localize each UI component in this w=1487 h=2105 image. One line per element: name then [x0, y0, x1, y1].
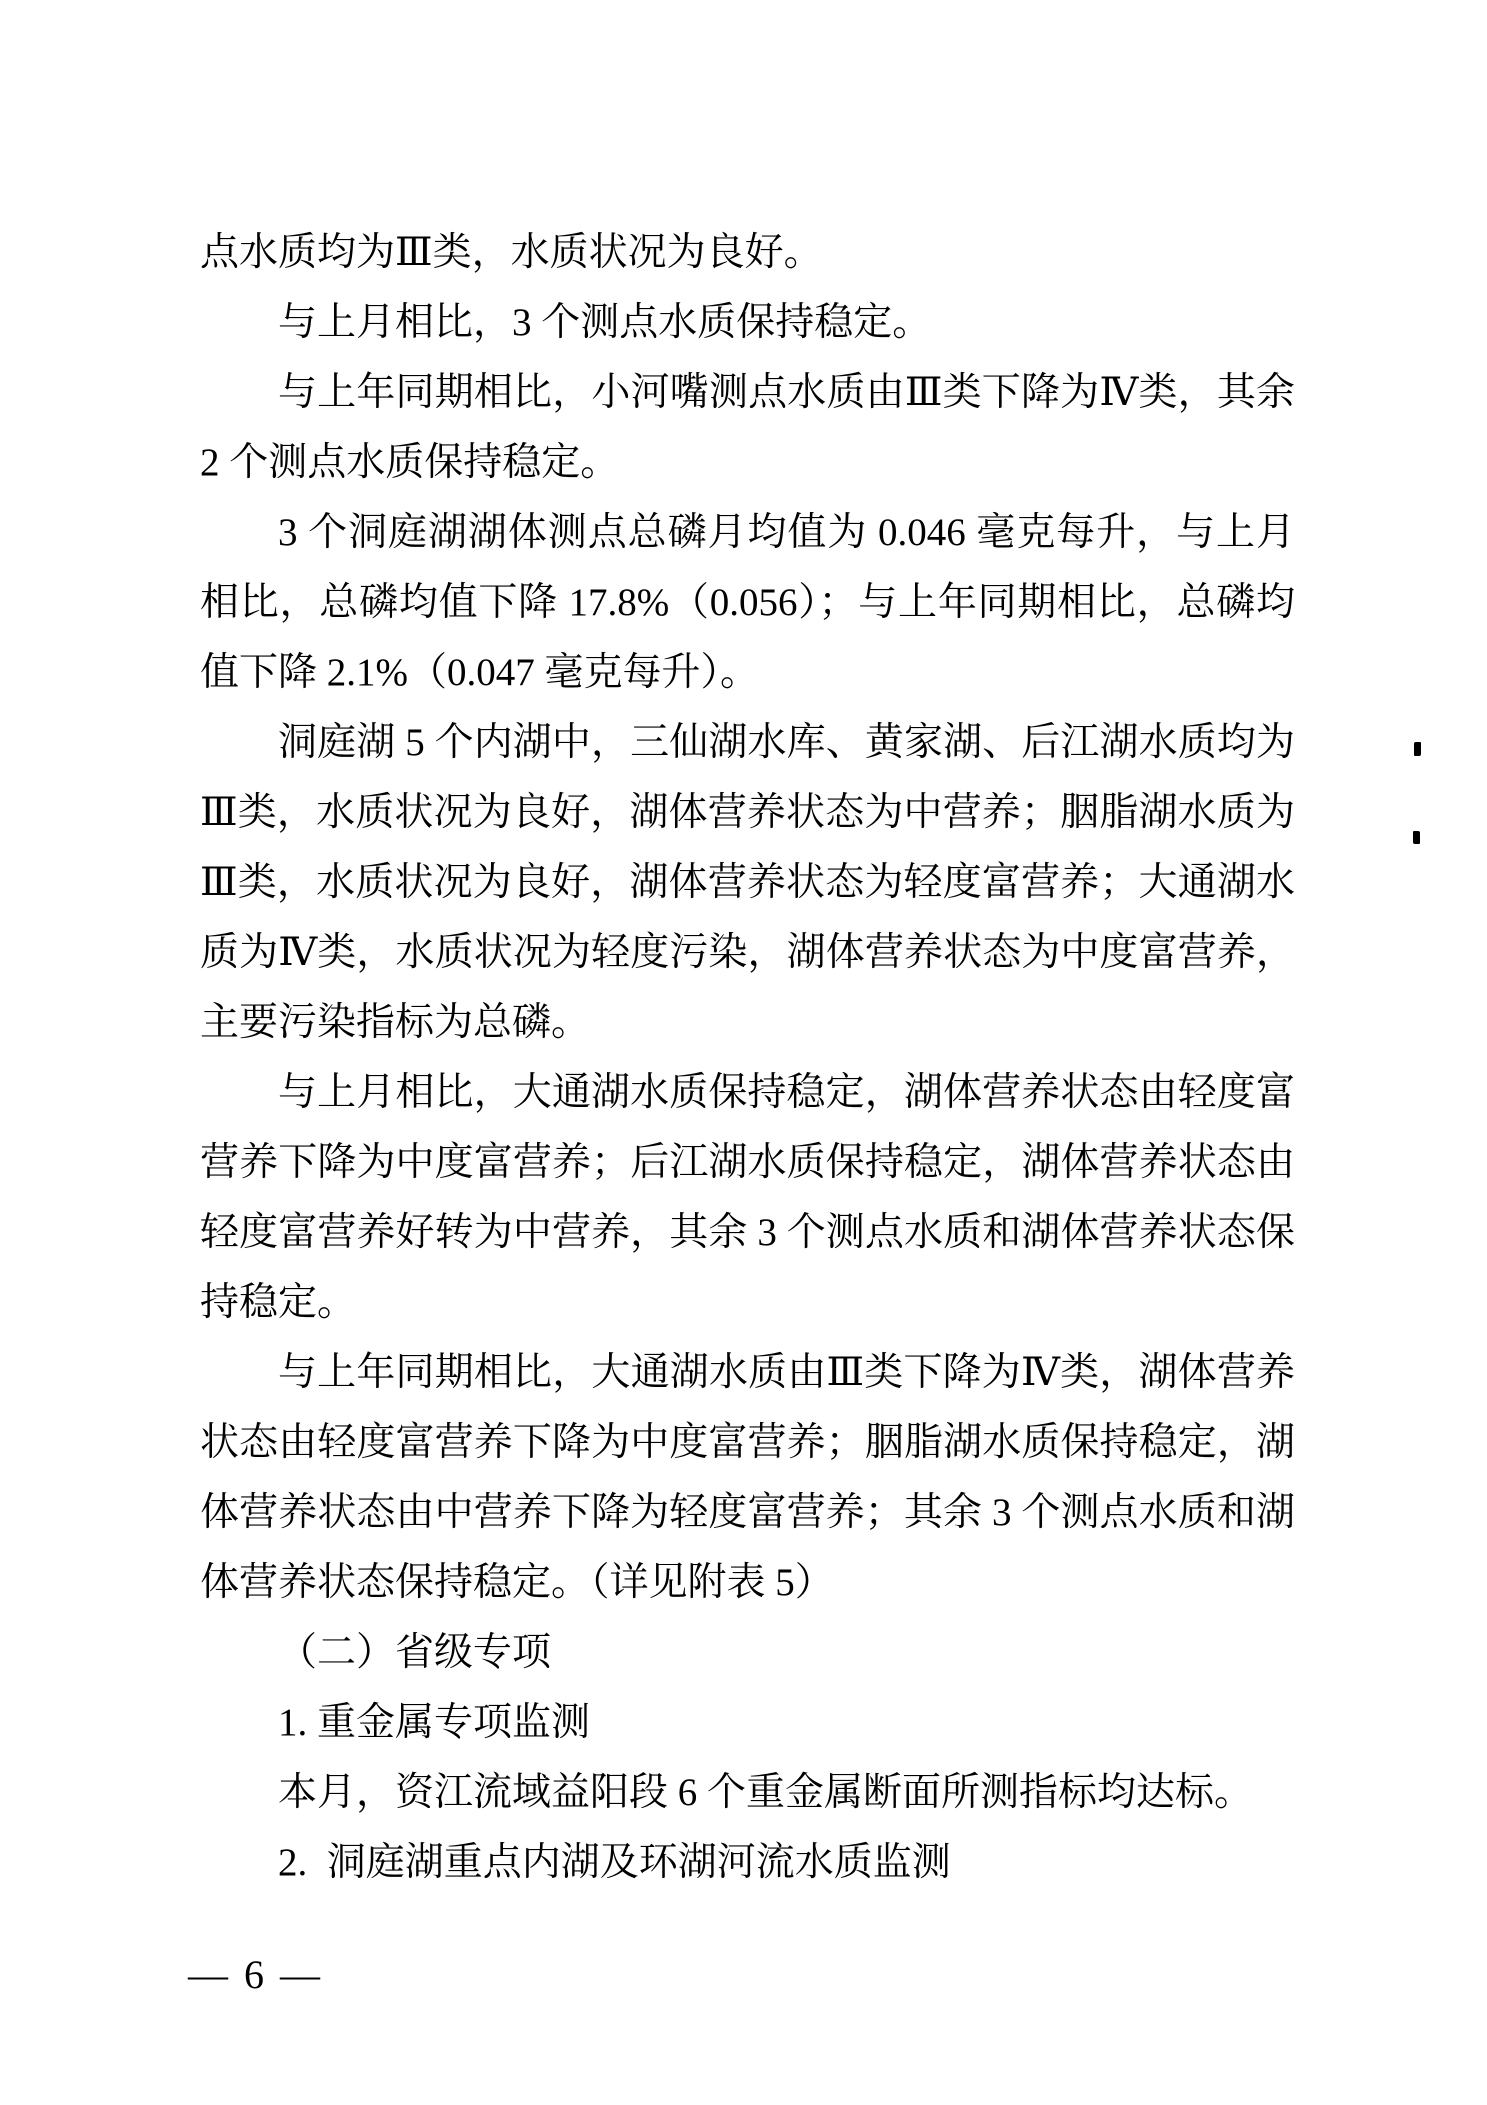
text-line: 洞庭湖 5 个内湖中，三仙湖水库、黄家湖、后江湖水质均为 — [200, 708, 1295, 778]
subsection-heading-line: 2. 洞庭湖重点内湖及环湖河流水质监测 — [200, 1828, 1295, 1898]
text-line: 2 个测点水质保持稳定。 — [200, 428, 1295, 498]
text-line: 3 个洞庭湖湖体测点总磷月均值为 0.046 毫克每升，与上月 — [200, 498, 1295, 568]
text-line: Ⅲ类，水质状况为良好，湖体营养状态为中营养；胭脂湖水质为 — [200, 778, 1295, 848]
scan-speck — [1413, 831, 1420, 844]
text-line: 主要污染指标为总磷。 — [200, 988, 1295, 1058]
document-page: 点水质均为Ⅲ类，水质状况为良好。 与上月相比，3 个测点水质保持稳定。 与上年同… — [0, 0, 1487, 2105]
text-line: Ⅲ类，水质状况为良好，湖体营养状态为轻度富营养；大通湖水 — [200, 848, 1295, 918]
text-line: 与上月相比，大通湖水质保持稳定，湖体营养状态由轻度富 — [200, 1058, 1295, 1128]
text-line: 值下降 2.1%（0.047 毫克每升）。 — [200, 638, 1295, 708]
text-line: 点水质均为Ⅲ类，水质状况为良好。 — [200, 218, 1295, 288]
text-line: 体营养状态由中营养下降为轻度富营养；其余 3 个测点水质和湖 — [200, 1478, 1295, 1548]
scan-speck — [1414, 742, 1421, 756]
text-line: 与上年同期相比，大通湖水质由Ⅲ类下降为Ⅳ类，湖体营养 — [200, 1338, 1295, 1408]
text-line: 轻度富营养好转为中营养，其余 3 个测点水质和湖体营养状态保 — [200, 1198, 1295, 1268]
section-heading-line: （二）省级专项 — [200, 1618, 1295, 1688]
text-line: 与上年同期相比，小河嘴测点水质由Ⅲ类下降为Ⅳ类，其余 — [200, 358, 1295, 428]
text-line: 体营养状态保持稳定。（详见附表 5） — [200, 1548, 1295, 1618]
text-line: 状态由轻度富营养下降为中度富营养；胭脂湖水质保持稳定，湖 — [200, 1408, 1295, 1478]
text-line: 本月，资江流域益阳段 6 个重金属断面所测指标均达标。 — [200, 1758, 1295, 1828]
page-number: — 6 — — [188, 1940, 320, 2010]
text-line: 与上月相比，3 个测点水质保持稳定。 — [200, 288, 1295, 358]
subsection-heading-line: 1. 重金属专项监测 — [200, 1688, 1295, 1758]
text-line: 相比，总磷均值下降 17.8%（0.056）；与上年同期相比，总磷均 — [200, 568, 1295, 638]
body-text-block: 点水质均为Ⅲ类，水质状况为良好。 与上月相比，3 个测点水质保持稳定。 与上年同… — [200, 218, 1295, 1898]
text-line: 持稳定。 — [200, 1268, 1295, 1338]
text-line: 质为Ⅳ类，水质状况为轻度污染，湖体营养状态为中度富营养， — [200, 918, 1295, 988]
text-line: 营养下降为中度富营养；后江湖水质保持稳定，湖体营养状态由 — [200, 1128, 1295, 1198]
